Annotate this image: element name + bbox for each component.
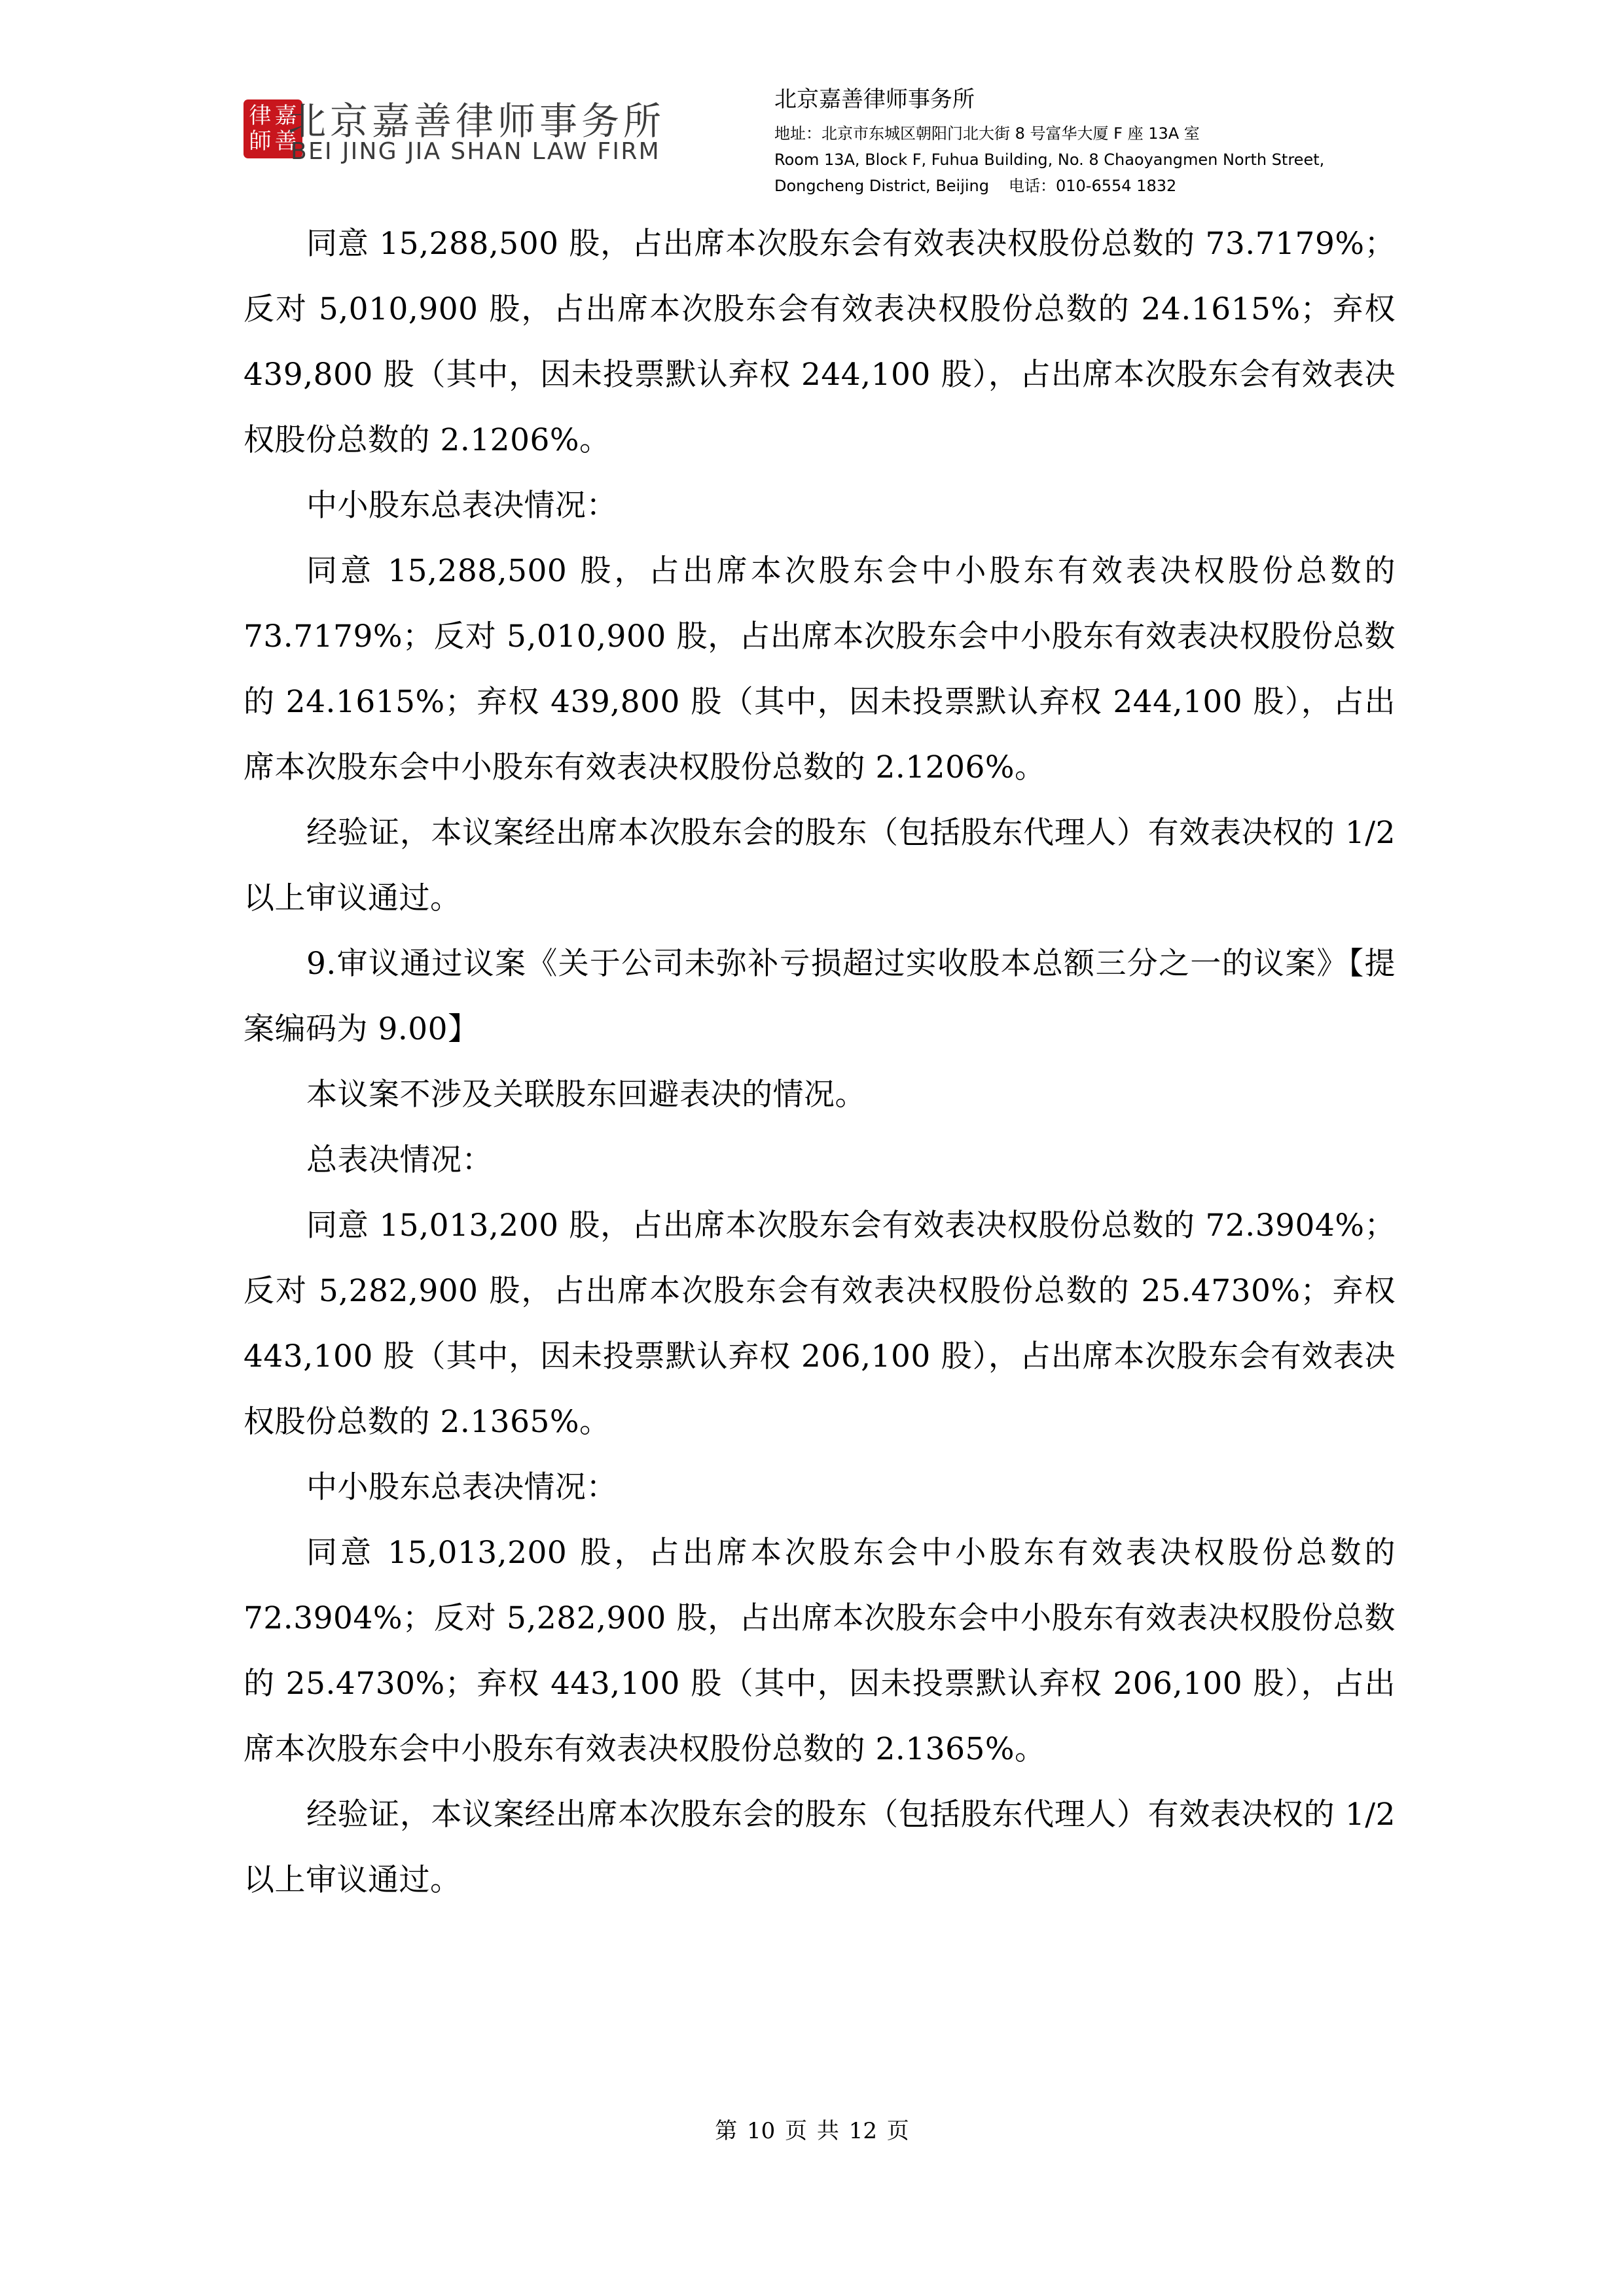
- letterhead: 律 嘉 師 善 北京嘉善律师事务所 BEI JING JIA SHAN LAW …: [0, 0, 1624, 216]
- paragraph-total-vote-detail: 同意 15,288,500 股，占出席本次股东会有效表决权股份总数的 73.71…: [244, 211, 1396, 473]
- address-english-line2-row: Dongcheng District, Beijing电话：010-6554 1…: [774, 173, 1324, 199]
- paragraph-related-party: 本议案不涉及关联股东回避表决的情况。: [244, 1062, 1396, 1128]
- paragraph-total-heading: 总表决情况：: [244, 1128, 1396, 1193]
- address-chinese: 地址：北京市东城区朝阳门北大街 8 号富华大厦 F 座 13A 室: [774, 120, 1324, 147]
- paragraph-minority-heading: 中小股东总表决情况：: [244, 1455, 1396, 1520]
- address-english-line1: Room 13A, Block F, Fuhua Building, No. 8…: [774, 147, 1324, 173]
- address-english-line2: Dongcheng District, Beijing: [774, 177, 989, 195]
- page-number-footer: 第 10 页 共 12 页: [0, 2115, 1624, 2147]
- paragraph-minority-vote-detail: 同意 15,013,200 股，占出席本次股东会中小股东有效表决权股份总数的 7…: [244, 1520, 1396, 1782]
- paragraph-minority-heading: 中小股东总表决情况：: [244, 473, 1396, 539]
- seal-char: 師: [247, 129, 273, 154]
- paragraph-conclusion: 经验证，本议案经出席本次股东会的股东（包括股东代理人）有效表决权的 1/2 以上…: [244, 800, 1396, 931]
- paragraph-minority-vote-detail: 同意 15,288,500 股，占出席本次股东会中小股东有效表决权股份总数的 7…: [244, 539, 1396, 800]
- firm-name: 北京嘉善律师事务所: [774, 84, 1324, 115]
- paragraph-conclusion: 经验证，本议案经出席本次股东会的股东（包括股东代理人）有效表决权的 1/2 以上…: [244, 1782, 1396, 1913]
- logo-english-name: BEI JING JIA SHAN LAW FIRM: [291, 137, 660, 166]
- paragraph-total-vote-detail: 同意 15,013,200 股，占出席本次股东会有效表决权股份总数的 72.39…: [244, 1193, 1396, 1455]
- document-body: 同意 15,288,500 股，占出席本次股东会有效表决权股份总数的 73.71…: [244, 211, 1396, 1913]
- proposal-9-title: 9.审议通过议案《关于公司未弥补亏损超过实收股本总额三分之一的议案》【提案编码为…: [244, 931, 1396, 1062]
- phone-number: 电话：010-6554 1832: [1009, 177, 1176, 195]
- seal-char: 律: [247, 103, 273, 129]
- firm-contact-block: 北京嘉善律师事务所 地址：北京市东城区朝阳门北大街 8 号富华大厦 F 座 13…: [774, 84, 1324, 199]
